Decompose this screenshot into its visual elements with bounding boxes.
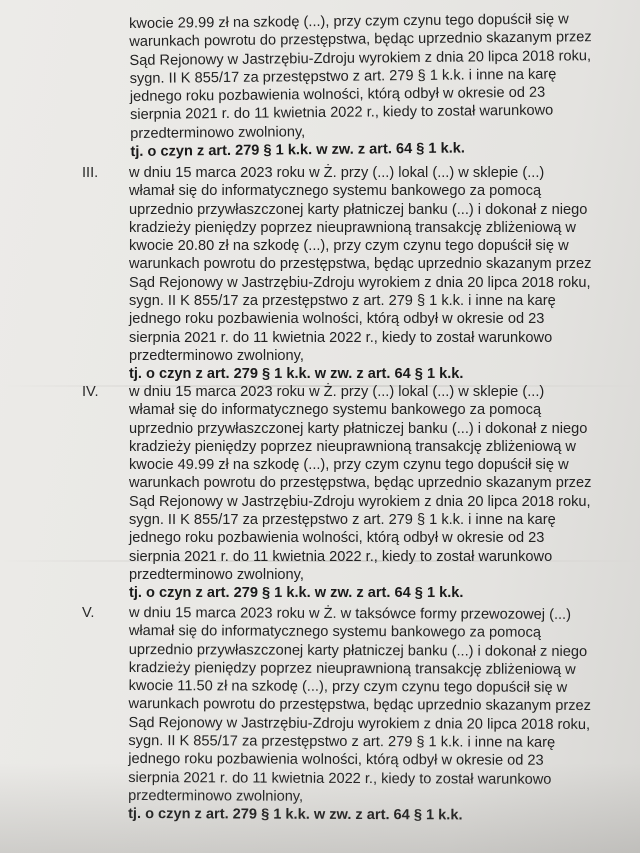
text-line: kwocie 20.80 zł na szkodę (...), przy cz… xyxy=(129,237,523,255)
text-line: przedterminowo zwolniony, xyxy=(129,566,523,584)
count-text: w dniu 15 marca 2023 roku w Ż. przy (...… xyxy=(129,164,523,384)
text-line: w dniu 15 marca 2023 roku w Ż. przy (...… xyxy=(129,164,523,182)
text-line: sygn. II K 855/17 za przestępstwo z art.… xyxy=(128,732,522,752)
text-line: włamał się do informatycznego systemu ba… xyxy=(129,622,523,642)
text-line: sierpnia 2021 r. do 11 kwietnia 2022 r.,… xyxy=(129,548,523,566)
text-line: jednego roku pozbawienia wolności, którą… xyxy=(129,310,523,328)
text-line: warunkach powrotu do przestępstwa, będąc… xyxy=(129,255,523,273)
text-line: kradzieży pieniędzy poprzez nieuprawnion… xyxy=(129,438,523,456)
text-line: włamał się do informatycznego systemu ba… xyxy=(129,401,523,419)
count-text: w dniu 15 marca 2023 roku w Ż. przy (...… xyxy=(129,383,523,603)
text-line: kwocie 49.99 zł na szkodę (...), przy cz… xyxy=(129,456,523,474)
text-line: Sąd Rejonowy w Jastrzębiu-Zdroju wyrokie… xyxy=(128,714,522,734)
text-line: w dniu 15 marca 2023 roku w Ż. w taksówc… xyxy=(129,604,523,624)
count-numeral: III. xyxy=(82,164,98,182)
text-line: uprzednio przywłaszczonej karty płatnicz… xyxy=(129,201,523,219)
text-line: sygn. II K 855/17 za przestępstwo z art.… xyxy=(129,511,523,529)
legal-qualification: tj. o czyn z art. 279 § 1 k.k. w zw. z a… xyxy=(129,584,523,602)
text-line: przedterminowo zwolniony, xyxy=(129,347,523,365)
text-line: sygn. II K 855/17 za przestępstwo z art.… xyxy=(129,292,523,310)
text-line: przedterminowo zwolniony, xyxy=(128,787,522,807)
count-text: w dniu 15 marca 2023 roku w Ż. w taksówc… xyxy=(128,604,523,825)
text-line: warunkach powrotu do przestępstwa, będąc… xyxy=(129,695,523,715)
text-line: jednego roku pozbawienia wolności, którą… xyxy=(128,750,522,770)
legal-qualification: tj. o czyn z art. 279 § 1 k.k. w zw. z a… xyxy=(128,805,522,825)
count-numeral: V. xyxy=(82,604,94,622)
text-line: kradzieży pieniędzy poprzez nieuprawnion… xyxy=(129,219,523,237)
text-line: jednego roku pozbawienia wolności, którą… xyxy=(129,529,523,547)
text-line: kradzieży pieniędzy poprzez nieuprawnion… xyxy=(129,659,523,679)
text-line: włamał się do informatycznego systemu ba… xyxy=(129,182,523,200)
text-line: uprzednio przywłaszczonej karty płatnicz… xyxy=(129,641,523,661)
count-numeral: IV. xyxy=(82,383,99,401)
document-page: kwocie 29.99 zł na szkodę (...), przy cz… xyxy=(0,0,640,853)
text-line: kwocie 11.50 zł na szkodę (...), przy cz… xyxy=(129,677,523,697)
text-line: uprzednio przywłaszczonej karty płatnicz… xyxy=(129,420,523,438)
count-text: kwocie 29.99 zł na szkodę (...), przy cz… xyxy=(129,11,525,161)
text-line: Sąd Rejonowy w Jastrzębiu-Zdroju wyrokie… xyxy=(129,274,523,292)
text-line: sierpnia 2021 r. do 11 kwietnia 2022 r.,… xyxy=(128,769,522,789)
text-line: sierpnia 2021 r. do 11 kwietnia 2022 r.,… xyxy=(129,329,523,347)
text-line: warunkach powrotu do przestępstwa, będąc… xyxy=(129,474,523,492)
text-line: w dniu 15 marca 2023 roku w Ż. przy (...… xyxy=(129,383,523,401)
legal-qualification: tj. o czyn z art. 279 § 1 k.k. w zw. z a… xyxy=(129,365,523,383)
legal-qualification: tj. o czyn z art. 279 § 1 k.k. w zw. z a… xyxy=(130,139,524,161)
text-line: Sąd Rejonowy w Jastrzębiu-Zdroju wyrokie… xyxy=(129,493,523,511)
